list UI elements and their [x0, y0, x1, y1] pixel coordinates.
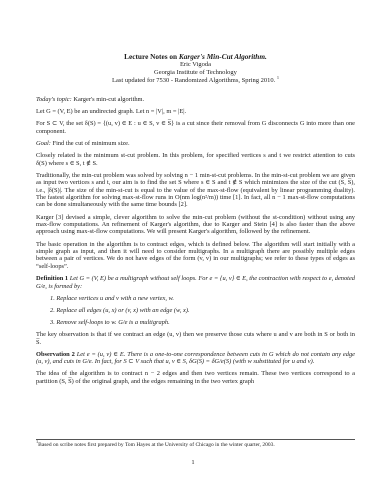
observation-2-label: Observation 2 — [36, 351, 75, 358]
footnote-rule — [36, 439, 355, 440]
goal-text: Find the cut of minimum size. — [51, 140, 130, 147]
updated-text: Last updated for 7530 - Randomized Algor… — [112, 77, 277, 84]
definition-1-text: Let G = (V, E) be a multigraph without s… — [36, 275, 355, 289]
title-italic: Karger's Min-Cut Algorithm. — [179, 52, 267, 61]
author: Eric Vigoda — [36, 61, 355, 69]
footnote-block: 1Based on scribe notes first prepared by… — [36, 439, 355, 448]
updated-line: Last updated for 7530 - Randomized Algor… — [36, 77, 355, 85]
topic-text: Karger's min-cut algorithm. — [72, 96, 144, 103]
page-title: Lecture Notes on Karger's Min-Cut Algori… — [36, 52, 355, 61]
paragraph-algorithm-idea: The idea of the algorithm is to contract… — [36, 370, 355, 385]
institution: Georgia Institute of Technology — [36, 69, 355, 77]
contraction-steps-list: 1. Replace vertices u and v with a new v… — [50, 295, 355, 326]
footnote: 1Based on scribe notes first prepared by… — [36, 442, 355, 448]
definition-1-label: Definition 1 — [36, 275, 68, 282]
paragraph-basic-operation: The basic operation in the algorithm is … — [36, 241, 355, 271]
definition-1: Definition 1 Let G = (V, E) be a multigr… — [36, 275, 355, 290]
topic-label: Today's topic: — [36, 96, 72, 103]
list-item: 3. Remove self-loops to w. G/e is a mult… — [50, 319, 355, 326]
page-number: 1 — [0, 459, 386, 466]
footnote-text: Based on scribe notes first prepared by … — [38, 442, 275, 448]
title-lead: Lecture Notes on — [124, 52, 179, 61]
paragraph-goal: Goal: Find the cut of minimum size. — [36, 140, 355, 147]
observation-2-text: Let e = (u, v) ∈ E. There is a one-to-on… — [36, 351, 355, 365]
paragraph-topic: Today's topic: Karger's min-cut algorith… — [36, 96, 355, 103]
paragraph-key-observation: The key observation is that if we contra… — [36, 331, 355, 346]
observation-2: Observation 2 Let e = (u, v) ∈ E. There … — [36, 351, 355, 366]
paragraph-graph-def: Let G = (V, E) be an undirected graph. L… — [36, 108, 355, 115]
list-item: 1. Replace vertices u and v with a new v… — [50, 295, 355, 302]
footnote-marker-ref: 1 — [277, 75, 279, 80]
list-item: 2. Replace all edges (u, x) or (v, x) wi… — [50, 307, 355, 314]
title-block: Lecture Notes on Karger's Min-Cut Algori… — [36, 52, 355, 85]
document-page: Lecture Notes on Karger's Min-Cut Algori… — [0, 0, 386, 500]
paragraph-karger: Karger [3] devised a simple, clever algo… — [36, 214, 355, 236]
goal-label: Goal: — [36, 140, 51, 147]
paragraph-cut-def: For S ⊂ V, the set δ(S) = {(u, v) ∈ E : … — [36, 120, 355, 135]
paragraph-closely-related: Closely related is the minimum st-cut pr… — [36, 152, 355, 167]
paragraph-traditionally: Traditionally, the min-cut problem was s… — [36, 172, 355, 209]
